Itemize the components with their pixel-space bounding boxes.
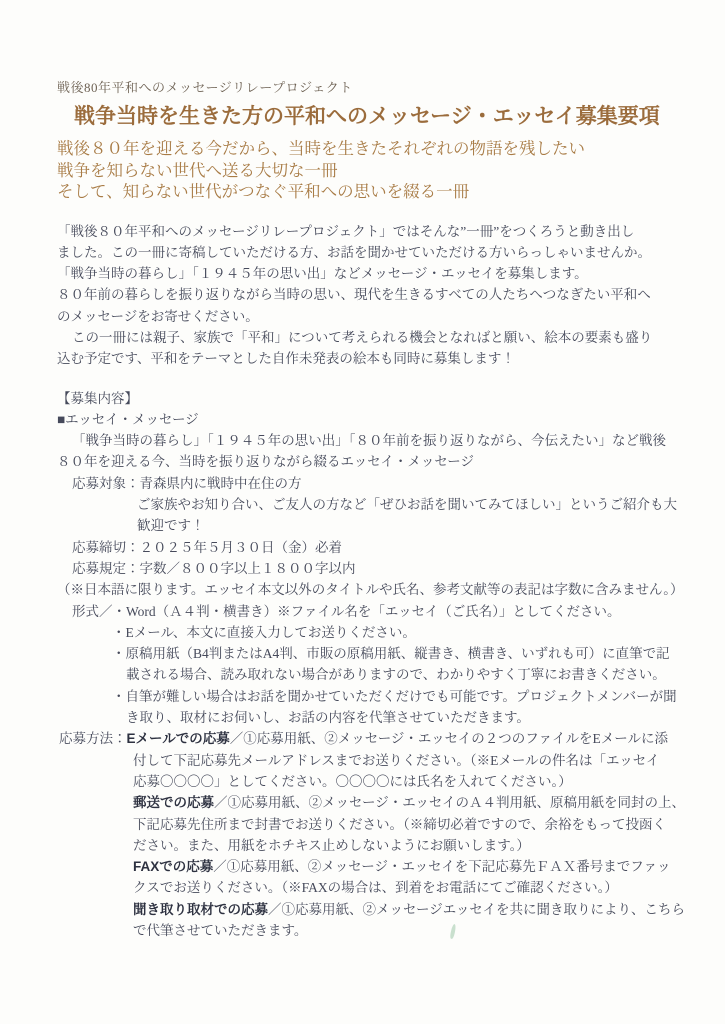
deadline-label: 応募締切： bbox=[72, 540, 140, 555]
target-value: 青森県内に戦時中在住の方 bbox=[140, 476, 302, 491]
page-title: 戦争当時を生きた方の平和へのメッセージ・エッセイ募集要項 bbox=[74, 103, 685, 130]
intro-line-4: ８０年前の暮らしを振り返りながら当時の思い、現代を生きるすべての人たちへつなぎた… bbox=[57, 284, 685, 305]
method-email-line-1: 応募方法：Eメールでの応募／①応募用紙、②メッセージ・エッセイの２つのファイルを… bbox=[57, 728, 685, 749]
project-name-line: 戦後80年平和へのメッセージリレープロジェクト bbox=[57, 80, 685, 96]
tagline-block: 戦後８０年を迎える今だから、当時を生きたそれぞれの物語を残したい 戦争を知らない… bbox=[57, 138, 685, 203]
rules-value: 字数／８００字以上１８００字以内 bbox=[140, 561, 356, 576]
section-heading: 【募集内容】 bbox=[57, 388, 685, 409]
deadline-value: ２０２５年５月３０日（金）必着 bbox=[140, 540, 343, 555]
essay-category-heading: ■エッセイ・メッセージ bbox=[57, 409, 685, 430]
method-fax-line-1: FAXでの応募／①応募用紙、②メッセージ・エッセイを下記応募先ＦＡＸ番号までファ… bbox=[57, 856, 685, 877]
language-note-line: （※日本語に限ります。エッセイ本文以外のタイトルや氏名、参考文献等の表記は字数に… bbox=[57, 579, 685, 600]
format-bullet-dictation-line-2: き取り、取材にお伺いし、お話の内容を代筆させていただきます。 bbox=[57, 707, 685, 728]
format-bullet-paper-line-2: 載される場合、読み取れない場合がありますので、わかりやすく丁寧にお書きください。 bbox=[57, 664, 685, 685]
rules-label: 応募規定： bbox=[72, 561, 140, 576]
method-fax-line-2: クスでお送りください。（※FAXの場合は、到着をお電話にてご確認ください。） bbox=[57, 877, 685, 898]
method-email-line-2: 付して下記応募先メールアドレスまでお送りください。（※Eメールの件名は「エッセイ bbox=[57, 750, 685, 771]
format-bullet-dictation-line-1: ・自筆が難しい場合はお話を聞かせていただくだけでも可能です。プロジェクトメンバー… bbox=[57, 686, 685, 707]
method-interview-line-2: で代筆させていただきます。 bbox=[57, 920, 685, 941]
target-note-line-2: 歓迎です！ bbox=[57, 515, 685, 536]
essay-description-line-2: ８０年を迎える今、当時を振り返りながら綴るエッセイ・メッセージ bbox=[57, 451, 685, 472]
format-bullet-email: ・Eメール、本文に直接入力してお送りください。 bbox=[57, 622, 685, 643]
intro-line-6: この一冊には親子、家族で「平和」について考えられる機会となればと願い、絵本の要素… bbox=[57, 327, 685, 348]
method-email-line-3: 応募〇〇〇〇」としてください。〇〇〇〇には氏名を入れてください。） bbox=[57, 771, 685, 792]
intro-line-5: のメッセージをお寄せください。 bbox=[57, 306, 685, 327]
recruitment-details-section: 【募集内容】 ■エッセイ・メッセージ 「戦争当時の暮らし」「１９４５年の思い出」… bbox=[57, 388, 685, 942]
intro-line-2: ました。この一冊に寄稿していただける方、お話を聞かせていただける方いらっしゃいま… bbox=[57, 242, 685, 263]
method-interview-line-1: 聞き取り取材での応募／①応募用紙、②メッセージエッセイを共に聞き取りにより、こち… bbox=[57, 899, 685, 920]
method-interview-text: ／①応募用紙、②メッセージエッセイを共に聞き取りにより、こちら bbox=[268, 902, 685, 917]
method-mail-text: ／①応募用紙、②メッセージ・エッセイのＡ４判用紙、原稿用紙を同封の上、 bbox=[214, 795, 685, 810]
method-label: 応募方法： bbox=[59, 731, 127, 746]
format-bullet-paper-line-1: ・原稿用紙（B4判またはA4判、市販の原稿用紙、縦書き、横書き、いずれも可）に直… bbox=[57, 643, 685, 664]
method-email-title: Eメールでの応募 bbox=[127, 731, 230, 746]
intro-line-1: 「戦後８０年平和へのメッセージリレープロジェクト」ではそんな”一冊”をつくろうと… bbox=[57, 221, 685, 242]
method-fax-text: ／①応募用紙、②メッセージ・エッセイを下記応募先ＦＡＸ番号までファッ bbox=[213, 859, 670, 874]
essay-description-line-1: 「戦争当時の暮らし」「１９４５年の思い出」「８０年前を振り返りながら、今伝えたい… bbox=[57, 430, 685, 451]
method-email-text: ／①応募用紙、②メッセージ・エッセイの２つのファイルをEメールに添 bbox=[230, 731, 668, 746]
method-mail-line-2: 下記応募先住所まで封書でお送りください。（※締切必着ですので、余裕をもって投函く bbox=[57, 814, 685, 835]
intro-line-7: 込む予定です、平和をテーマとした自作未発表の絵本も同時に募集します！ bbox=[57, 348, 685, 369]
target-label: 応募対象： bbox=[72, 476, 140, 491]
document-page: 戦後80年平和へのメッセージリレープロジェクト 戦争当時を生きた方の平和へのメッ… bbox=[0, 0, 725, 1024]
target-line: 応募対象：青森県内に戦時中在住の方 bbox=[57, 473, 685, 494]
method-interview-title: 聞き取り取材での応募 bbox=[133, 902, 268, 917]
deadline-line: 応募締切：２０２５年５月３０日（金）必着 bbox=[57, 537, 685, 558]
tagline-3: そして、知らない世代がつなぐ平和への思いを綴る一冊 bbox=[57, 181, 685, 203]
method-mail-line-1: 郵送での応募／①応募用紙、②メッセージ・エッセイのＡ４判用紙、原稿用紙を同封の上… bbox=[57, 792, 685, 813]
rules-line: 応募規定：字数／８００字以上１８００字以内 bbox=[57, 558, 685, 579]
format-line: 形式／・Word（Ａ４判・横書き）※ファイル名を「エッセイ（ご氏名）」としてくだ… bbox=[57, 601, 685, 622]
tagline-2: 戦争を知らない世代へ送る大切な一冊 bbox=[57, 160, 685, 182]
tagline-1: 戦後８０年を迎える今だから、当時を生きたそれぞれの物語を残したい bbox=[57, 138, 685, 160]
intro-paragraph: 「戦後８０年平和へのメッセージリレープロジェクト」ではそんな”一冊”をつくろうと… bbox=[57, 221, 685, 370]
target-note-line-1: ご家族やお知り合い、ご友人の方など「ぜひお話を聞いてみてほしい」というご紹介も大 bbox=[57, 494, 685, 515]
method-fax-title: FAXでの応募 bbox=[133, 859, 213, 874]
intro-line-3: 「戦争当時の暮らし」「１９４５年の思い出」などメッセージ・エッセイを募集します。 bbox=[57, 263, 685, 284]
method-mail-line-3: ださい。また、用紙をホチキス止めしないようにお願いします。） bbox=[57, 835, 685, 856]
method-mail-title: 郵送での応募 bbox=[133, 795, 214, 810]
